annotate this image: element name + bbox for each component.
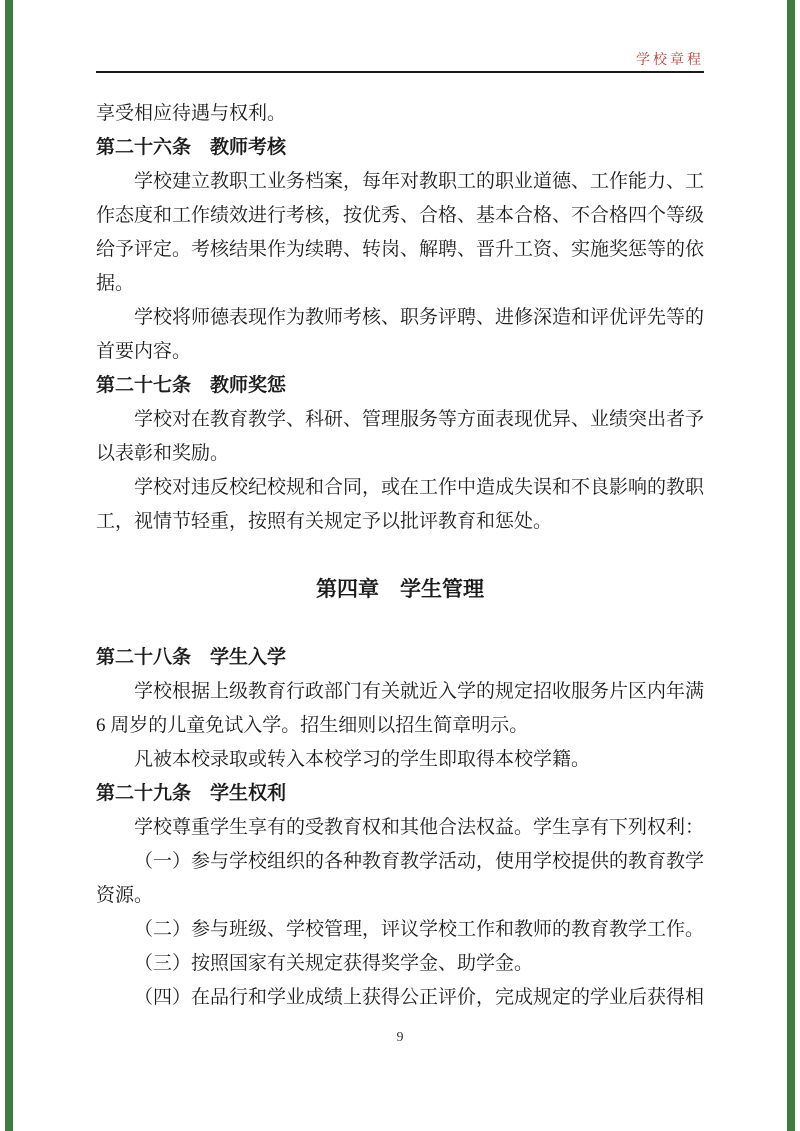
text-line: 第四章 学生管理 (96, 573, 704, 607)
chapter-heading: 第四章 学生管理 (96, 573, 704, 607)
text-line: 资源。 (96, 879, 704, 913)
text-line: 据。 (96, 267, 704, 301)
paragraph: （一）参与学校组织的各种教育教学活动，使用学校提供的教育教学资源。 (96, 845, 704, 913)
section-heading: 第二十九条 学生权利 (96, 777, 704, 811)
text-line: 给予评定。考核结果作为续聘、转岗、解聘、晋升工资、实施奖惩等的依 (96, 233, 704, 267)
text-line: 6 周岁的儿童免试入学。招生细则以招生简章明示。 (96, 709, 704, 743)
text-line: 工，视情节轻重，按照有关规定予以批评教育和惩处。 (96, 505, 704, 539)
paragraph: （三）按照国家有关规定获得奖学金、助学金。 (96, 947, 704, 981)
section-heading: 第二十七条 教师奖惩 (96, 369, 704, 403)
text-line: （三）按照国家有关规定获得奖学金、助学金。 (96, 947, 704, 981)
paragraph: 学校建立教职工业务档案，每年对教职工的职业道德、工作能力、工作态度和工作绩效进行… (96, 165, 704, 301)
paragraph: 享受相应待遇与权利。 (96, 97, 704, 131)
paragraph: （二）参与班级、学校管理，评议学校工作和教师的教育教学工作。 (96, 913, 704, 947)
document-body: 享受相应待遇与权利。第二十六条 教师考核学校建立教职工业务档案，每年对教职工的职… (96, 97, 704, 1015)
paragraph: 学校对违反校纪校规和合同，或在工作中造成失误和不良影响的教职工，视情节轻重，按照… (96, 471, 704, 539)
text-line: 第二十七条 教师奖惩 (96, 369, 704, 403)
text-line: 学校对违反校纪校规和合同，或在工作中造成失误和不良影响的教职 (96, 471, 704, 505)
text-line: 第二十六条 教师考核 (96, 131, 704, 165)
header-title: 学校章程 (636, 49, 704, 69)
paragraph: 学校尊重学生享有的受教育权和其他合法权益。学生享有下列权利： (96, 811, 704, 845)
section-heading: 第二十八条 学生入学 (96, 641, 704, 675)
paragraph: （四）在品行和学业成绩上获得公正评价，完成规定的学业后获得相 (96, 981, 704, 1015)
text-line: 享受相应待遇与权利。 (96, 97, 704, 131)
text-line: （二）参与班级、学校管理，评议学校工作和教师的教育教学工作。 (96, 913, 704, 947)
text-line: 学校对在教育教学、科研、管理服务等方面表现优异、业绩突出者予 (96, 403, 704, 437)
text-line: 学校将师德表现作为教师考核、职务评聘、进修深造和评优评先等的 (96, 301, 704, 335)
text-line: 第二十八条 学生入学 (96, 641, 704, 675)
paragraph: 学校将师德表现作为教师考核、职务评聘、进修深造和评优评先等的首要内容。 (96, 301, 704, 369)
text-line: 凡被本校录取或转入本校学习的学生即取得本校学籍。 (96, 743, 704, 777)
page-number: 9 (0, 1028, 800, 1048)
header-rule (96, 71, 704, 73)
text-line: 学校尊重学生享有的受教育权和其他合法权益。学生享有下列权利： (96, 811, 704, 845)
document-page: 学校章程 享受相应待遇与权利。第二十六条 教师考核学校建立教职工业务档案，每年对… (0, 0, 800, 1131)
text-line: 首要内容。 (96, 335, 704, 369)
text-line: 学校根据上级教育行政部门有关就近入学的规定招收服务片区内年满 (96, 675, 704, 709)
text-line: 作态度和工作绩效进行考核，按优秀、合格、基本合格、不合格四个等级 (96, 199, 704, 233)
page-border-right (787, 0, 795, 1131)
paragraph: 凡被本校录取或转入本校学习的学生即取得本校学籍。 (96, 743, 704, 777)
text-line: （四）在品行和学业成绩上获得公正评价，完成规定的学业后获得相 (96, 981, 704, 1015)
page-border-left (5, 0, 13, 1131)
text-line: （一）参与学校组织的各种教育教学活动，使用学校提供的教育教学 (96, 845, 704, 879)
paragraph: 学校对在教育教学、科研、管理服务等方面表现优异、业绩突出者予以表彰和奖励。 (96, 403, 704, 471)
text-line: 第二十九条 学生权利 (96, 777, 704, 811)
text-line: 学校建立教职工业务档案，每年对教职工的职业道德、工作能力、工 (96, 165, 704, 199)
text-line: 以表彰和奖励。 (96, 437, 704, 471)
paragraph: 学校根据上级教育行政部门有关就近入学的规定招收服务片区内年满6 周岁的儿童免试入… (96, 675, 704, 743)
section-heading: 第二十六条 教师考核 (96, 131, 704, 165)
